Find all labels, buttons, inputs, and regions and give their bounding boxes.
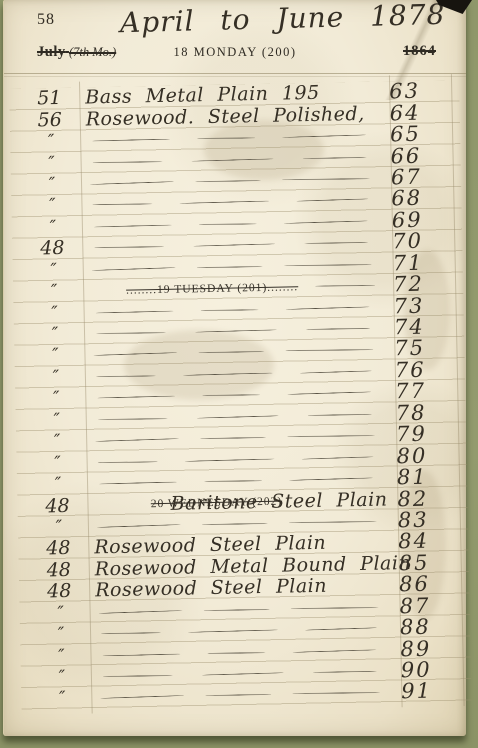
quantity-cell: ″ xyxy=(24,218,80,236)
ditto-dash xyxy=(284,220,368,224)
ditto-dash xyxy=(304,242,368,244)
ditto-dash xyxy=(289,477,373,481)
ditto-dash xyxy=(97,396,175,399)
ditto-dash xyxy=(293,693,381,695)
entry-number-cell: 84 xyxy=(388,530,460,552)
ditto-dash xyxy=(202,672,284,675)
entry-number-cell: 68 xyxy=(381,188,453,210)
ditto-dash xyxy=(195,329,277,332)
entry-number-cell: 67 xyxy=(381,166,453,188)
quantity-cell: ″ xyxy=(26,347,82,365)
printed-year-struck: 1864 xyxy=(403,43,436,60)
ditto-dash xyxy=(286,306,370,310)
ditto-dash xyxy=(204,609,270,611)
entry-number-cell: 82 xyxy=(387,488,459,510)
scanned-ledger-screenshot: { "scan": { "background_color": "#8f976a… xyxy=(0,0,478,748)
printed-day-subheading: ........19 TUESDAY (201)........ xyxy=(81,280,343,297)
quantity-cell: 56 xyxy=(22,110,78,130)
ditto-dash xyxy=(201,309,259,310)
ditto-dash xyxy=(302,157,366,159)
ditto-dash xyxy=(296,199,368,202)
quantity-cell: ″ xyxy=(28,454,84,472)
ditto-dash xyxy=(91,267,175,271)
quantity-cell: ″ xyxy=(23,197,79,215)
quantity-cell: ″ xyxy=(25,304,81,322)
ditto-dash xyxy=(284,264,372,266)
ditto-dash xyxy=(197,138,255,139)
ditto-dash xyxy=(97,524,181,528)
quantity-cell: ″ xyxy=(22,154,78,172)
ditto-dash xyxy=(188,630,278,633)
quantity-cell: ″ xyxy=(23,176,79,194)
entry-number-cell: 73 xyxy=(383,295,455,317)
ditto-dash xyxy=(305,627,377,630)
ledger-rows: 51Bass Metal Plain 1956356Rosewood. Stee… xyxy=(21,80,463,710)
entry-description: Rosewood Steel Plain xyxy=(95,577,327,601)
ditto-dash xyxy=(96,375,156,377)
ditto-dash xyxy=(287,435,375,437)
entry-number-cell: 79 xyxy=(386,423,458,445)
ditto-dash xyxy=(197,266,263,268)
ditto-dash xyxy=(200,437,266,439)
header-rule xyxy=(4,73,466,74)
ditto-dash xyxy=(93,353,177,357)
ditto-dash xyxy=(93,204,153,206)
entry-number-cell: 63 xyxy=(379,80,451,102)
quantity-cell: ″ xyxy=(32,626,88,644)
ditto-dash xyxy=(313,671,377,673)
entry-number-cell: 72 xyxy=(383,273,455,295)
entry-number-cell: 64 xyxy=(379,102,451,124)
ditto-dash xyxy=(202,395,260,396)
entry-number-cell: 70 xyxy=(382,230,454,252)
ditto-dash xyxy=(98,610,182,614)
quantity-cell: 48 xyxy=(24,239,80,259)
entry-number-cell: 91 xyxy=(391,680,463,702)
quantity-cell: ″ xyxy=(28,411,84,429)
entry-number-cell: 90 xyxy=(391,659,463,681)
ditto-dash xyxy=(94,224,172,227)
quantity-cell: 51 xyxy=(21,89,77,109)
entry-number-cell: 74 xyxy=(384,316,456,338)
ditto-dash xyxy=(100,695,184,699)
ditto-dash xyxy=(198,352,264,354)
quantity-cell: ″ xyxy=(31,604,87,622)
quantity-cell: ″ xyxy=(25,261,81,279)
quantity-cell: ″ xyxy=(25,283,81,301)
entry-number-cell: 77 xyxy=(385,380,457,402)
ditto-dash xyxy=(288,392,372,396)
ditto-dash xyxy=(103,675,173,677)
entry-number-cell: 87 xyxy=(389,595,461,617)
quantity-cell: 48 xyxy=(31,560,87,580)
quantity-cell: ″ xyxy=(29,476,85,494)
entry-number-cell: 76 xyxy=(385,359,457,381)
ditto-dash xyxy=(179,201,269,204)
entry-number-cell: 80 xyxy=(386,445,458,467)
ditto-dash xyxy=(92,139,170,142)
ditto-dash xyxy=(204,480,262,481)
quantity-cell: ″ xyxy=(33,690,89,708)
quantity-cell: ″ xyxy=(32,647,88,665)
entry-number-cell: 66 xyxy=(380,145,452,167)
quantity-cell: 48 xyxy=(29,496,85,516)
ditto-dash xyxy=(192,158,274,161)
ditto-dash xyxy=(202,523,268,525)
quantity-cell: ″ xyxy=(27,390,83,408)
entry-number-cell: 81 xyxy=(387,466,459,488)
entry-description: Baritone Steel Plain xyxy=(170,490,387,513)
entry-number-cell: 88 xyxy=(390,616,462,638)
entry-number-cell: 69 xyxy=(382,209,454,231)
ditto-dash xyxy=(197,415,279,418)
ditto-dash xyxy=(193,244,275,247)
quantity-cell: 48 xyxy=(30,539,86,559)
ditto-dash xyxy=(95,310,173,313)
printed-day-heading: 18 MONDAY (200) xyxy=(4,45,466,60)
entry-number-cell: 78 xyxy=(386,402,458,424)
ditto-dash xyxy=(307,414,371,416)
ditto-dash xyxy=(205,695,271,697)
ditto-dash xyxy=(293,649,377,653)
ditto-dash xyxy=(282,134,366,138)
ditto-dash xyxy=(98,461,158,463)
ditto-dash xyxy=(96,332,166,334)
page-number: 58 xyxy=(37,11,55,29)
ditto-dash xyxy=(101,632,161,634)
quantity-cell: ″ xyxy=(27,368,83,386)
quantity-cell: ″ xyxy=(22,133,78,151)
entry-number-cell: 83 xyxy=(388,509,460,531)
ditto-dash xyxy=(291,607,379,609)
ledger-body: 51Bass Metal Plain 1956356Rosewood. Stee… xyxy=(3,74,478,733)
entry-number-cell: 89 xyxy=(390,638,462,660)
ditto-dash xyxy=(207,652,265,653)
quantity-cell: ″ xyxy=(26,326,82,344)
ditto-dash xyxy=(90,181,174,185)
ditto-dash xyxy=(282,178,370,180)
entry-number-cell: 86 xyxy=(389,573,461,595)
ditto-dash xyxy=(286,350,374,352)
quantity-cell: ″ xyxy=(33,669,89,687)
printed-header-line: July (7th Mo.) 18 MONDAY (200) 1864 xyxy=(4,43,466,63)
ditto-dash xyxy=(300,370,372,373)
ditto-dash xyxy=(289,521,377,523)
ditto-dash xyxy=(199,223,257,224)
handwritten-title: April to June 1878 xyxy=(120,0,446,39)
quantity-cell: 48 xyxy=(31,582,87,602)
quantity-cell: ″ xyxy=(28,433,84,451)
ditto-dash xyxy=(102,653,180,656)
ledger-page: 58 April to June 1878 July (7th Mo.) 18 … xyxy=(3,0,466,736)
ditto-dash xyxy=(183,372,273,375)
entry-number-cell: 75 xyxy=(384,338,456,360)
ditto-dash xyxy=(306,328,370,330)
ditto-dash xyxy=(301,456,373,459)
quantity-cell: ″ xyxy=(30,519,86,537)
ditto-dash xyxy=(93,161,163,163)
entry-number-cell: 65 xyxy=(380,123,452,145)
ditto-dash xyxy=(99,482,177,485)
ditto-dash xyxy=(98,418,168,420)
ditto-dash xyxy=(95,438,179,442)
entry-number-cell: 71 xyxy=(382,252,454,274)
ditto-dash xyxy=(95,247,165,249)
ditto-dash xyxy=(185,458,275,461)
ditto-dash xyxy=(195,180,261,182)
